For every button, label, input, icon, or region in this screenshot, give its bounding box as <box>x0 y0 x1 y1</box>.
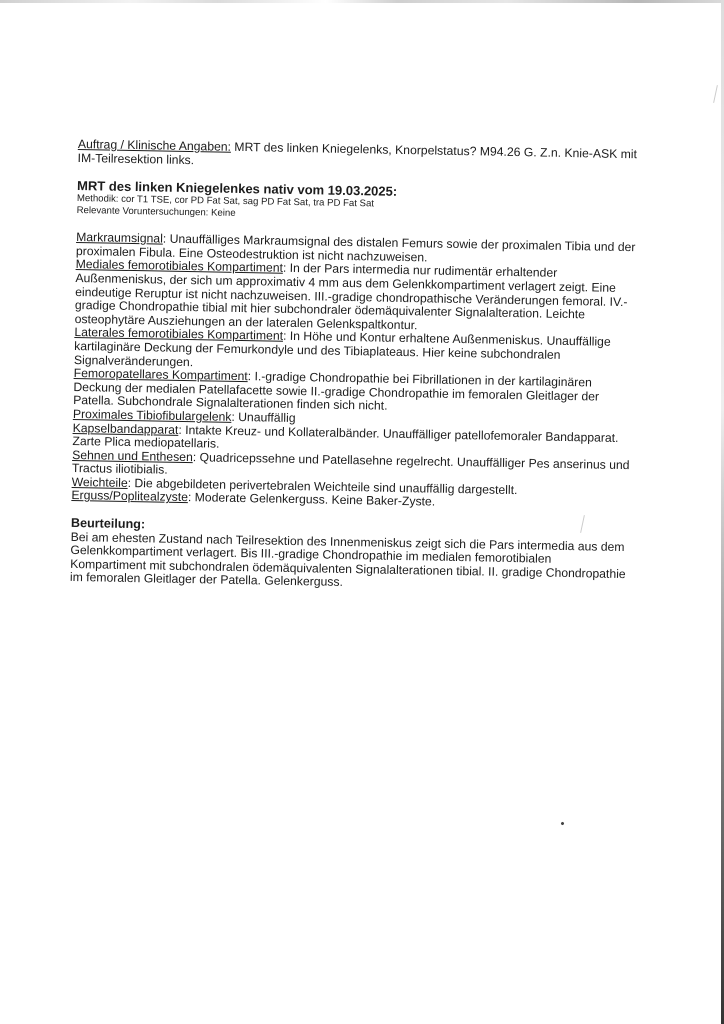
finding-medial-compartment: Mediales femorotibiales Kompartiment: In… <box>75 258 636 336</box>
scan-speck <box>560 821 564 825</box>
finding-text: : In der Pars intermedia nur rudimentär … <box>75 261 628 332</box>
assessment-text: Bei am ehesten Zustand nach Teilresektio… <box>70 531 631 596</box>
findings: Markraumsignal: Unauffälliges Markraumsi… <box>71 231 636 513</box>
scan-mark <box>713 85 718 103</box>
radiology-report: Auftrag / Klinische Angaben: MRT des lin… <box>70 138 638 595</box>
finding-label: Erguss/Poplitealzyste <box>71 488 188 504</box>
clinical-order: Auftrag / Klinische Angaben: MRT des lin… <box>78 138 638 175</box>
scan-edge-top <box>0 0 724 3</box>
